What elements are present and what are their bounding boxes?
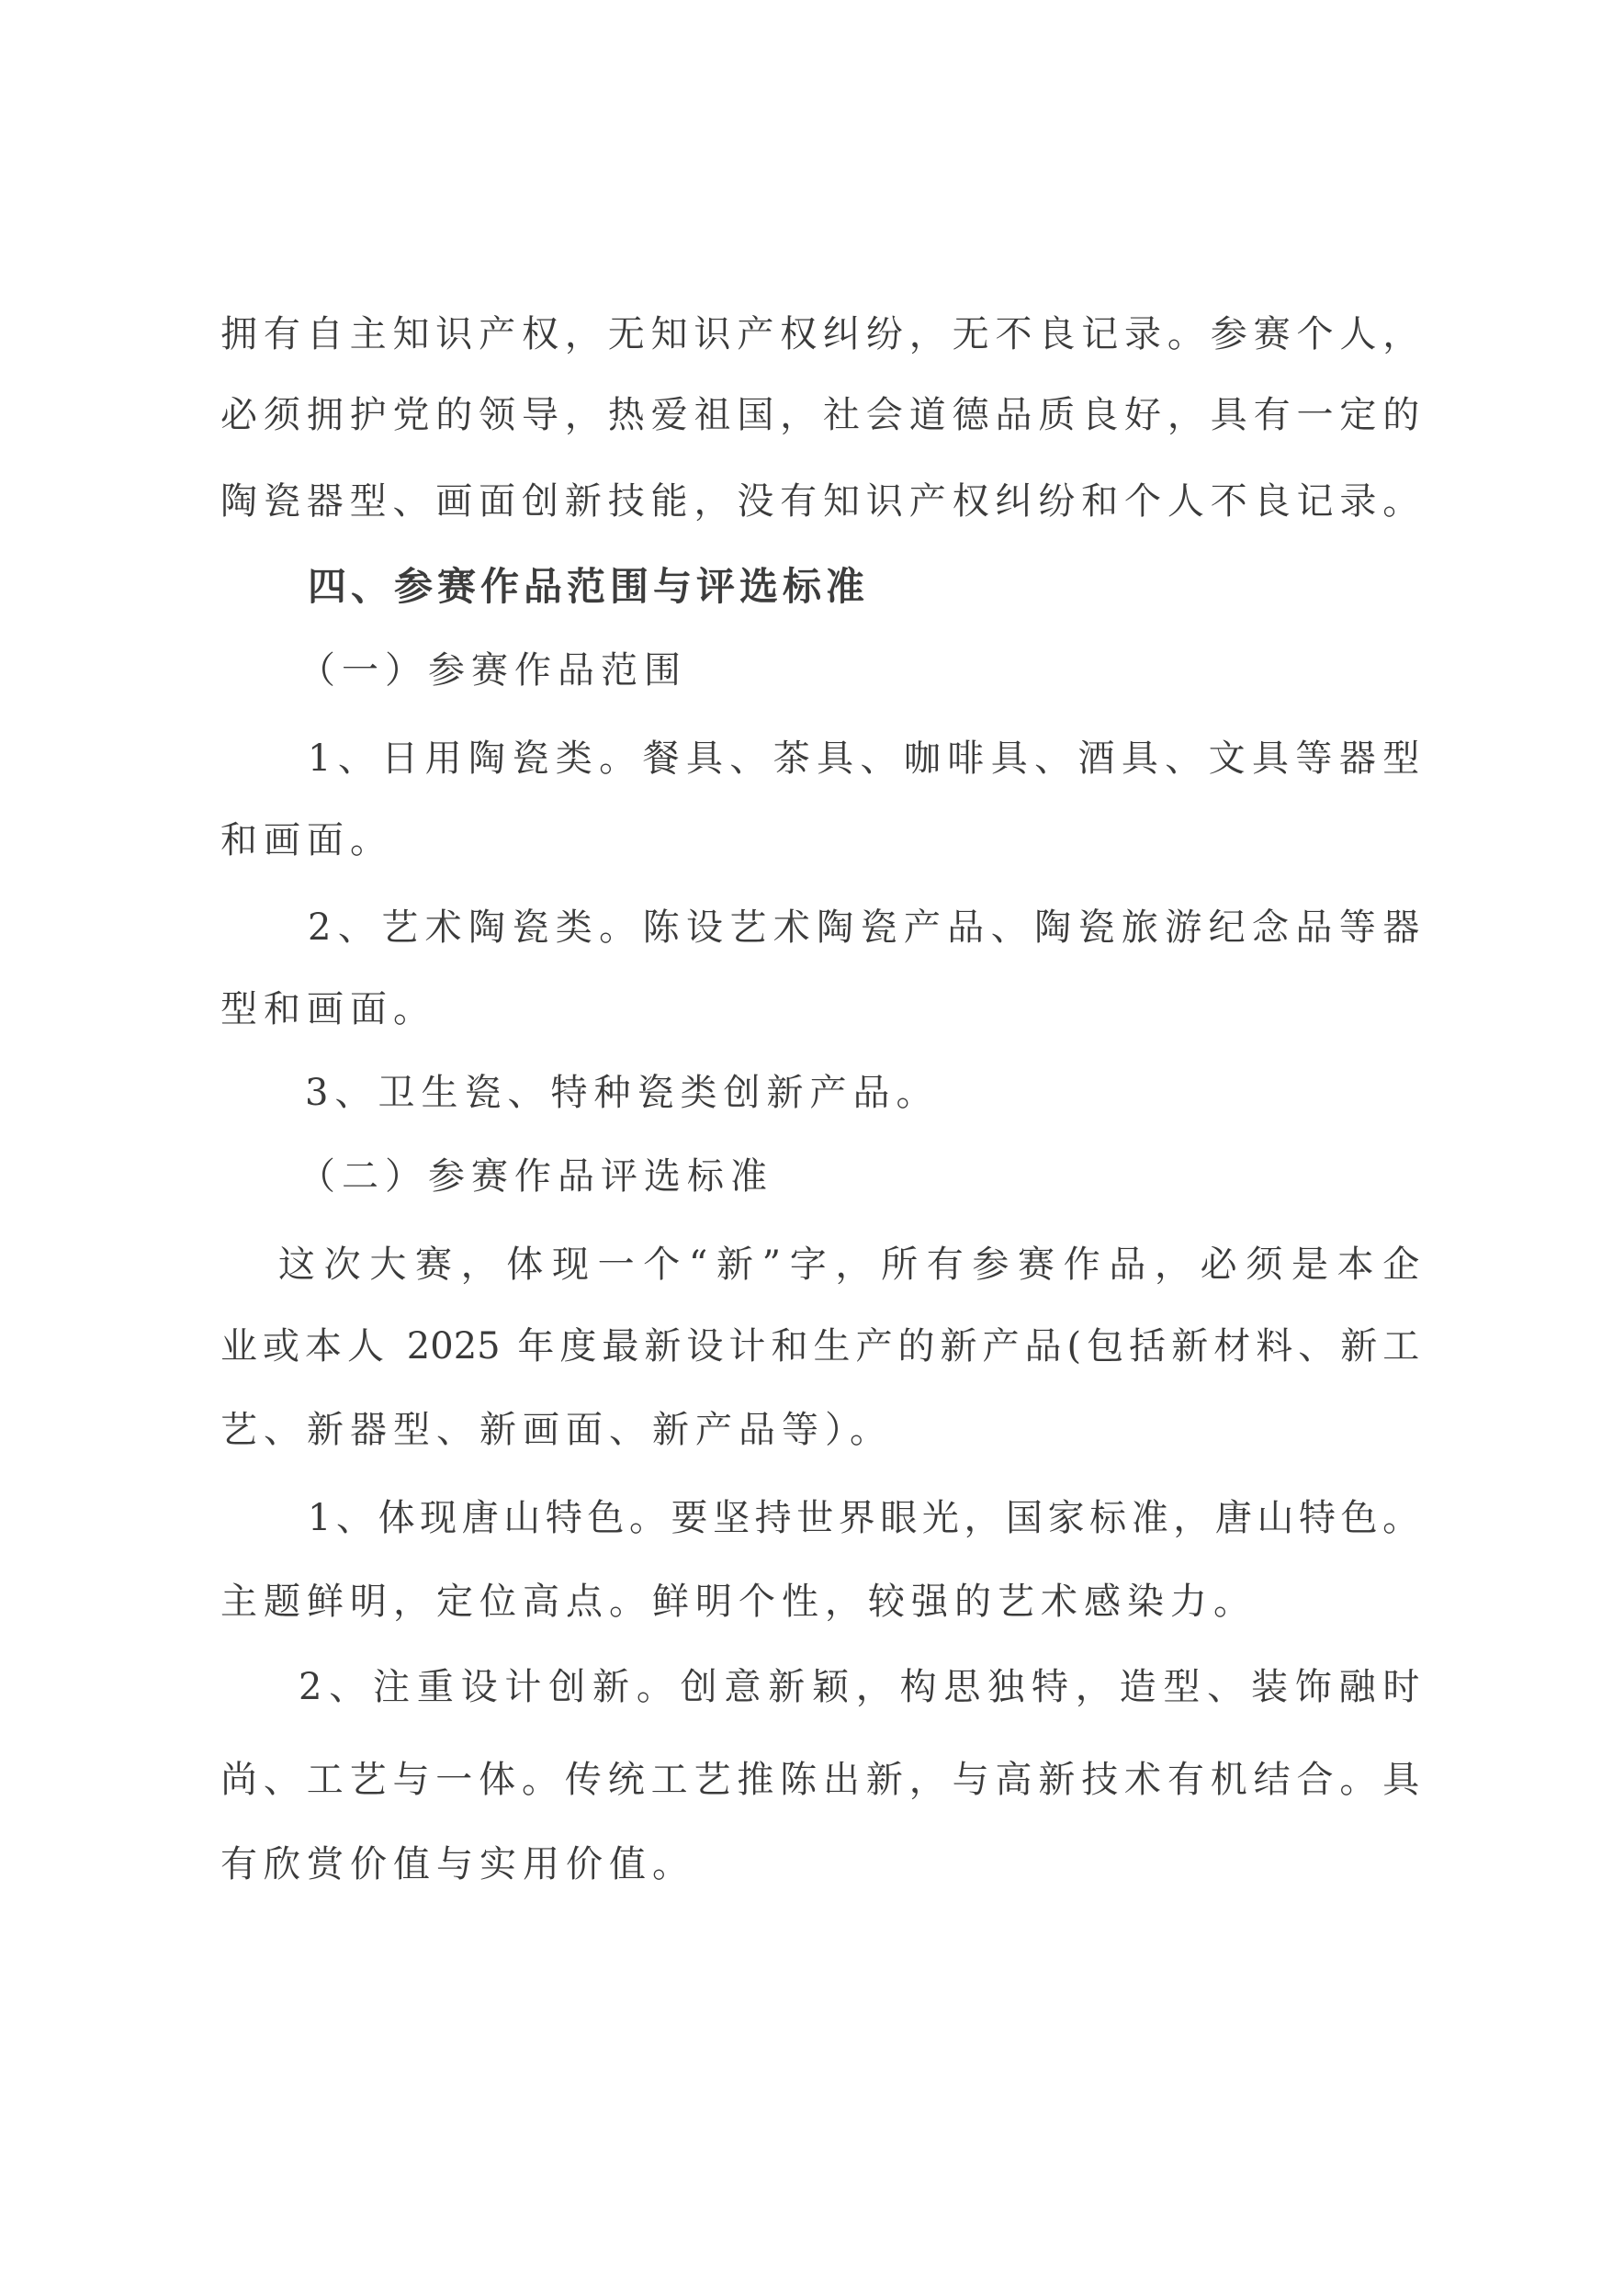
list-item-line: 尚​、​工​艺​与​一​体​。​传​统​工​艺​推​陈​出​新​，​与​高​新​… (220, 1752, 1419, 1807)
list-item-line: 和画面。 (220, 813, 1419, 868)
paragraph-line: 艺、新器型、新画面、新产品等）。 (220, 1402, 1419, 1458)
list-item-line: 主题鲜明，定位高点。鲜明个性，较强的艺术感染力。 (220, 1574, 1419, 1629)
list-item-line: 有欣赏价值与实用价值。 (220, 1837, 1419, 1892)
list-item-line: 2​、​艺​术​陶​瓷​类​。​陈​设​艺​术​陶​瓷​产​品​、​陶​瓷​旅​… (308, 900, 1419, 955)
list-item-line: 3、卫生瓷、特种瓷类创新产品。 (305, 1065, 1504, 1120)
list-item-line: 2​、​注​重​设​计​创​新​。​创​意​新​颖​，​构​思​独​特​，​造​… (299, 1660, 1419, 1715)
paragraph-line: 必​须​拥​护​党​的​领​导​，​热​爱​祖​国​，​社​会​道​德​品​质​… (220, 388, 1419, 443)
subsection-title: （二）参赛作品评选标准 (299, 1149, 1419, 1204)
subsection-title: （一）参赛作品范围 (299, 643, 1419, 698)
paragraph-line: 业​或​本​人​ ​2​0​2​5​ ​年​度​最​新​设​计​和​生​产​的​… (220, 1319, 1419, 1374)
document-page: 拥​有​自​主​知​识​产​权​，​无​知​识​产​权​纠​纷​，​无​不​良​… (0, 0, 1624, 2296)
list-item-line: 1​、​日​用​陶​瓷​类​。​餐​具​、​茶​具​、​咖​啡​具​、​酒​具​… (308, 731, 1419, 786)
list-item-line: 型和画面。 (220, 982, 1419, 1037)
paragraph-line: 这​次​大​赛​，​体​现​一​个​“​新​”​字​，​所​有​参​赛​作​品​… (278, 1237, 1419, 1292)
paragraph-line: 陶​瓷​器​型​、​画​面​创​新​技​能​，​没​有​知​识​产​权​纠​纷​… (220, 474, 1419, 529)
list-item-line: 1​、​体​现​唐​山​特​色​。​要​坚​持​世​界​眼​光​，​国​家​标​… (308, 1491, 1419, 1546)
paragraph-line: 拥​有​自​主​知​识​产​权​，​无​知​识​产​权​纠​纷​，​无​不​良​… (220, 307, 1419, 362)
section-heading: 四、参赛作品范围与评选标准 (308, 559, 1419, 614)
